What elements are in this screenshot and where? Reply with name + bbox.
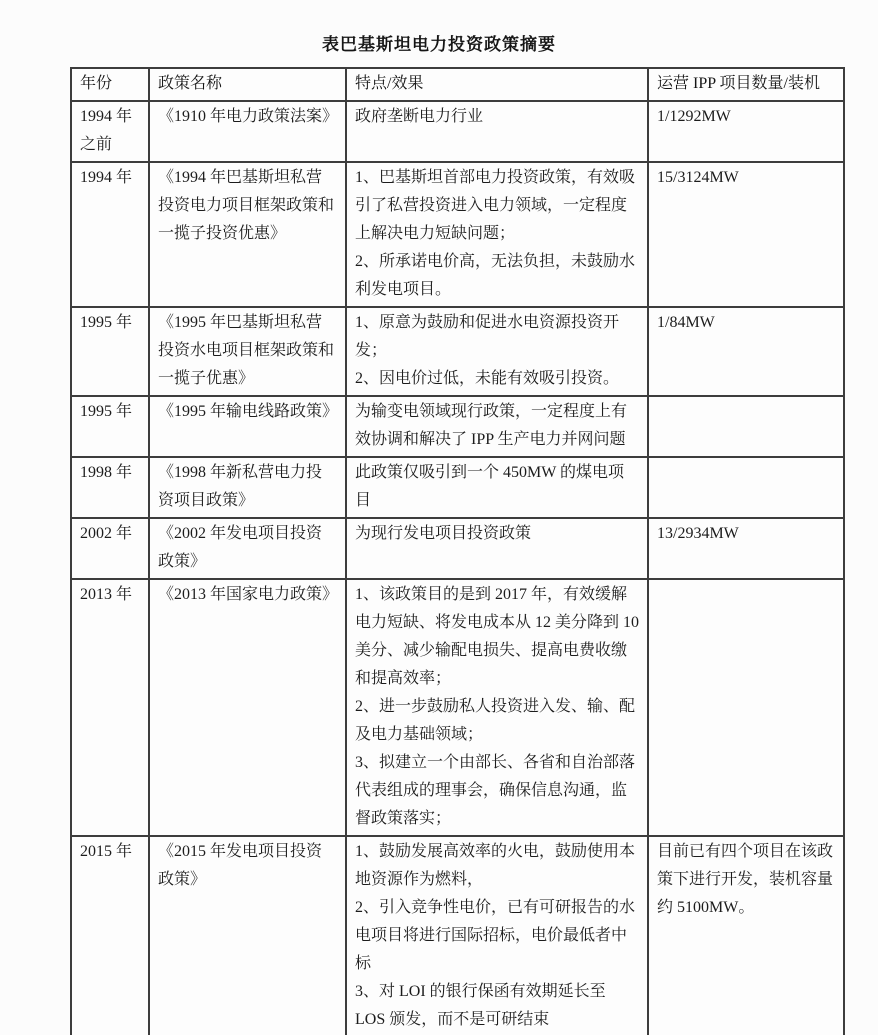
cell-features: 此政策仅吸引到一个 450MW 的煤电项目 [346,457,648,518]
cell-year: 2002 年 [71,518,149,579]
cell-features: 1、该政策目的是到 2017 年，有效缓解电力短缺、将发电成本从 12 美分降到… [346,579,648,836]
document-page: 表巴基斯坦电力投资政策摘要 年份 政策名称 特点/效果 运营 IPP 项目数量/… [0,0,878,1035]
table-row: 1998 年 《1998 年新私营电力投资项目政策》 此政策仅吸引到一个 450… [71,457,844,518]
table-row: 2015 年 《2015 年发电项目投资政策》 1、鼓励发展高效率的火电，鼓励使… [71,836,844,1035]
header-features: 特点/效果 [346,68,648,101]
table-row: 2002 年 《2002 年发电项目投资政策》 为现行发电项目投资政策 13/2… [71,518,844,579]
table-row: 1994 年之前 《1910 年电力政策法案》 政府垄断电力行业 1/1292M… [71,101,844,162]
cell-policy: 《2013 年国家电力政策》 [149,579,346,836]
table-row: 1995 年 《1995 年巴基斯坦私营投资水电项目框架政策和一揽子优惠》 1、… [71,307,844,396]
cell-year: 1995 年 [71,307,149,396]
table-title: 表巴基斯坦电力投资政策摘要 [0,0,878,67]
cell-features: 政府垄断电力行业 [346,101,648,162]
cell-ipp: 15/3124MW [648,162,844,307]
cell-features: 1、原意为鼓励和促进水电资源投资开发； 2、因电价过低，未能有效吸引投资。 [346,307,648,396]
cell-policy: 《1910 年电力政策法案》 [149,101,346,162]
cell-year: 2015 年 [71,836,149,1035]
cell-features: 1、巴基斯坦首部电力投资政策，有效吸引了私营投资进入电力领域，一定程度上解决电力… [346,162,648,307]
cell-ipp [648,457,844,518]
cell-policy: 《1994 年巴基斯坦私营投资电力项目框架政策和一揽子投资优惠》 [149,162,346,307]
cell-policy: 《1995 年巴基斯坦私营投资水电项目框架政策和一揽子优惠》 [149,307,346,396]
cell-policy: 《2015 年发电项目投资政策》 [149,836,346,1035]
cell-features: 为现行发电项目投资政策 [346,518,648,579]
cell-policy: 《1995 年输电线路政策》 [149,396,346,457]
cell-year: 1994 年 [71,162,149,307]
table-header-row: 年份 政策名称 特点/效果 运营 IPP 项目数量/装机 [71,68,844,101]
header-ipp-count: 运营 IPP 项目数量/装机 [648,68,844,101]
header-year: 年份 [71,68,149,101]
cell-policy: 《1998 年新私营电力投资项目政策》 [149,457,346,518]
table-row: 1994 年 《1994 年巴基斯坦私营投资电力项目框架政策和一揽子投资优惠》 … [71,162,844,307]
cell-year: 1998 年 [71,457,149,518]
table-row: 1995 年 《1995 年输电线路政策》 为输变电领域现行政策，一定程度上有效… [71,396,844,457]
cell-features: 为输变电领域现行政策，一定程度上有效协调和解决了 IPP 生产电力并网问题 [346,396,648,457]
cell-ipp: 1/1292MW [648,101,844,162]
cell-ipp [648,579,844,836]
policy-summary-table: 年份 政策名称 特点/效果 运营 IPP 项目数量/装机 1994 年之前 《1… [70,67,845,1035]
cell-year: 2013 年 [71,579,149,836]
cell-year: 1994 年之前 [71,101,149,162]
table-row: 2013 年 《2013 年国家电力政策》 1、该政策目的是到 2017 年，有… [71,579,844,836]
cell-ipp [648,396,844,457]
cell-ipp: 13/2934MW [648,518,844,579]
cell-policy: 《2002 年发电项目投资政策》 [149,518,346,579]
cell-year: 1995 年 [71,396,149,457]
cell-features: 1、鼓励发展高效率的火电，鼓励使用本地资源作为燃料， 2、引入竞争性电价，已有可… [346,836,648,1035]
cell-ipp: 1/84MW [648,307,844,396]
header-policy-name: 政策名称 [149,68,346,101]
cell-ipp: 目前已有四个项目在该政策下进行开发，装机容量约 5100MW。 [648,836,844,1035]
